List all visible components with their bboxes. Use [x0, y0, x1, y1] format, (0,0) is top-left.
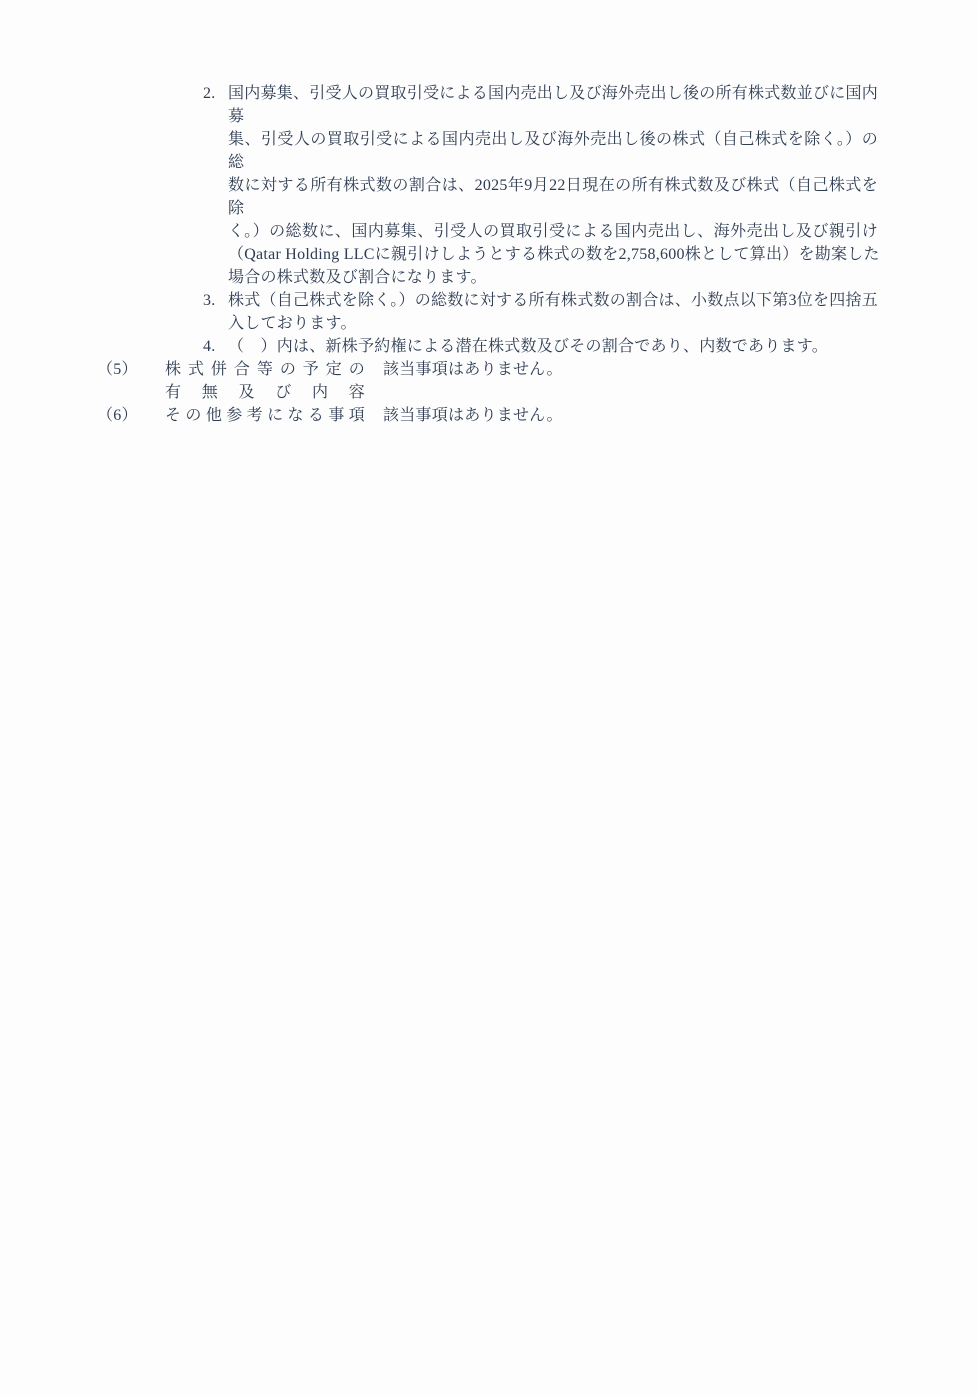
note-line: 場合の株式数及び割合になります。 — [228, 266, 878, 289]
note-number: 4. — [203, 335, 222, 358]
document-page: 2. 国内募集、引受人の買取引受による国内売出し及び海外売出し後の所有株式数並び… — [0, 0, 977, 1395]
item-row-5: （5） 株式併合等の予定の 有無及び内容 該当事項はありません。 — [97, 358, 977, 404]
note-item-4: 4. （ ）内は、新株予約権による潜在株式数及びその割合であり、内数であります。 — [203, 335, 977, 358]
note-line: （ ）内は、新株予約権による潜在株式数及びその割合であり、内数であります。 — [228, 335, 878, 358]
item-value: 該当事項はありません。 — [383, 358, 563, 381]
item-number: （6） — [97, 404, 165, 427]
note-number: 3. — [203, 289, 222, 312]
note-line: 集、引受人の買取引受による国内売出し及び海外売出し後の株式（自己株式を除く。）の… — [228, 128, 878, 174]
item-number: （5） — [97, 358, 165, 381]
item-label: その他参考になる事項 — [165, 404, 365, 427]
item-row-6: （6） その他参考になる事項 該当事項はありません。 — [97, 404, 977, 427]
item-label-line: その他参考になる事項 — [165, 404, 365, 427]
item-value: 該当事項はありません。 — [383, 404, 563, 427]
note-line: 入しております。 — [228, 312, 878, 335]
note-line: 株式（自己株式を除く。）の総数に対する所有株式数の割合は、小数点以下第3位を四捨… — [228, 289, 878, 312]
item-label-line: 有無及び内容 — [165, 381, 365, 404]
note-number: 2. — [203, 82, 222, 105]
note-item-2: 2. 国内募集、引受人の買取引受による国内売出し及び海外売出し後の所有株式数並び… — [203, 82, 977, 289]
note-body: 株式（自己株式を除く。）の総数に対する所有株式数の割合は、小数点以下第3位を四捨… — [228, 289, 878, 335]
item-label-line: 株式併合等の予定の — [165, 358, 365, 381]
note-line: 数に対する所有株式数の割合は、2025年9月22日現在の所有株式数及び株式（自己… — [228, 174, 878, 220]
note-line: く。）の総数に、国内募集、引受人の買取引受による国内売出し、海外売出し及び親引け — [228, 220, 878, 243]
note-line: 国内募集、引受人の買取引受による国内売出し及び海外売出し後の所有株式数並びに国内… — [228, 82, 878, 128]
note-body: 国内募集、引受人の買取引受による国内売出し及び海外売出し後の所有株式数並びに国内… — [228, 82, 878, 289]
note-item-3: 3. 株式（自己株式を除く。）の総数に対する所有株式数の割合は、小数点以下第3位… — [203, 289, 977, 335]
note-body: （ ）内は、新株予約権による潜在株式数及びその割合であり、内数であります。 — [228, 335, 878, 358]
item-label: 株式併合等の予定の 有無及び内容 — [165, 358, 365, 404]
document-content: 2. 国内募集、引受人の買取引受による国内売出し及び海外売出し後の所有株式数並び… — [0, 0, 977, 427]
note-line: （Qatar Holding LLCに親引けしようとする株式の数を2,758,6… — [228, 243, 878, 266]
